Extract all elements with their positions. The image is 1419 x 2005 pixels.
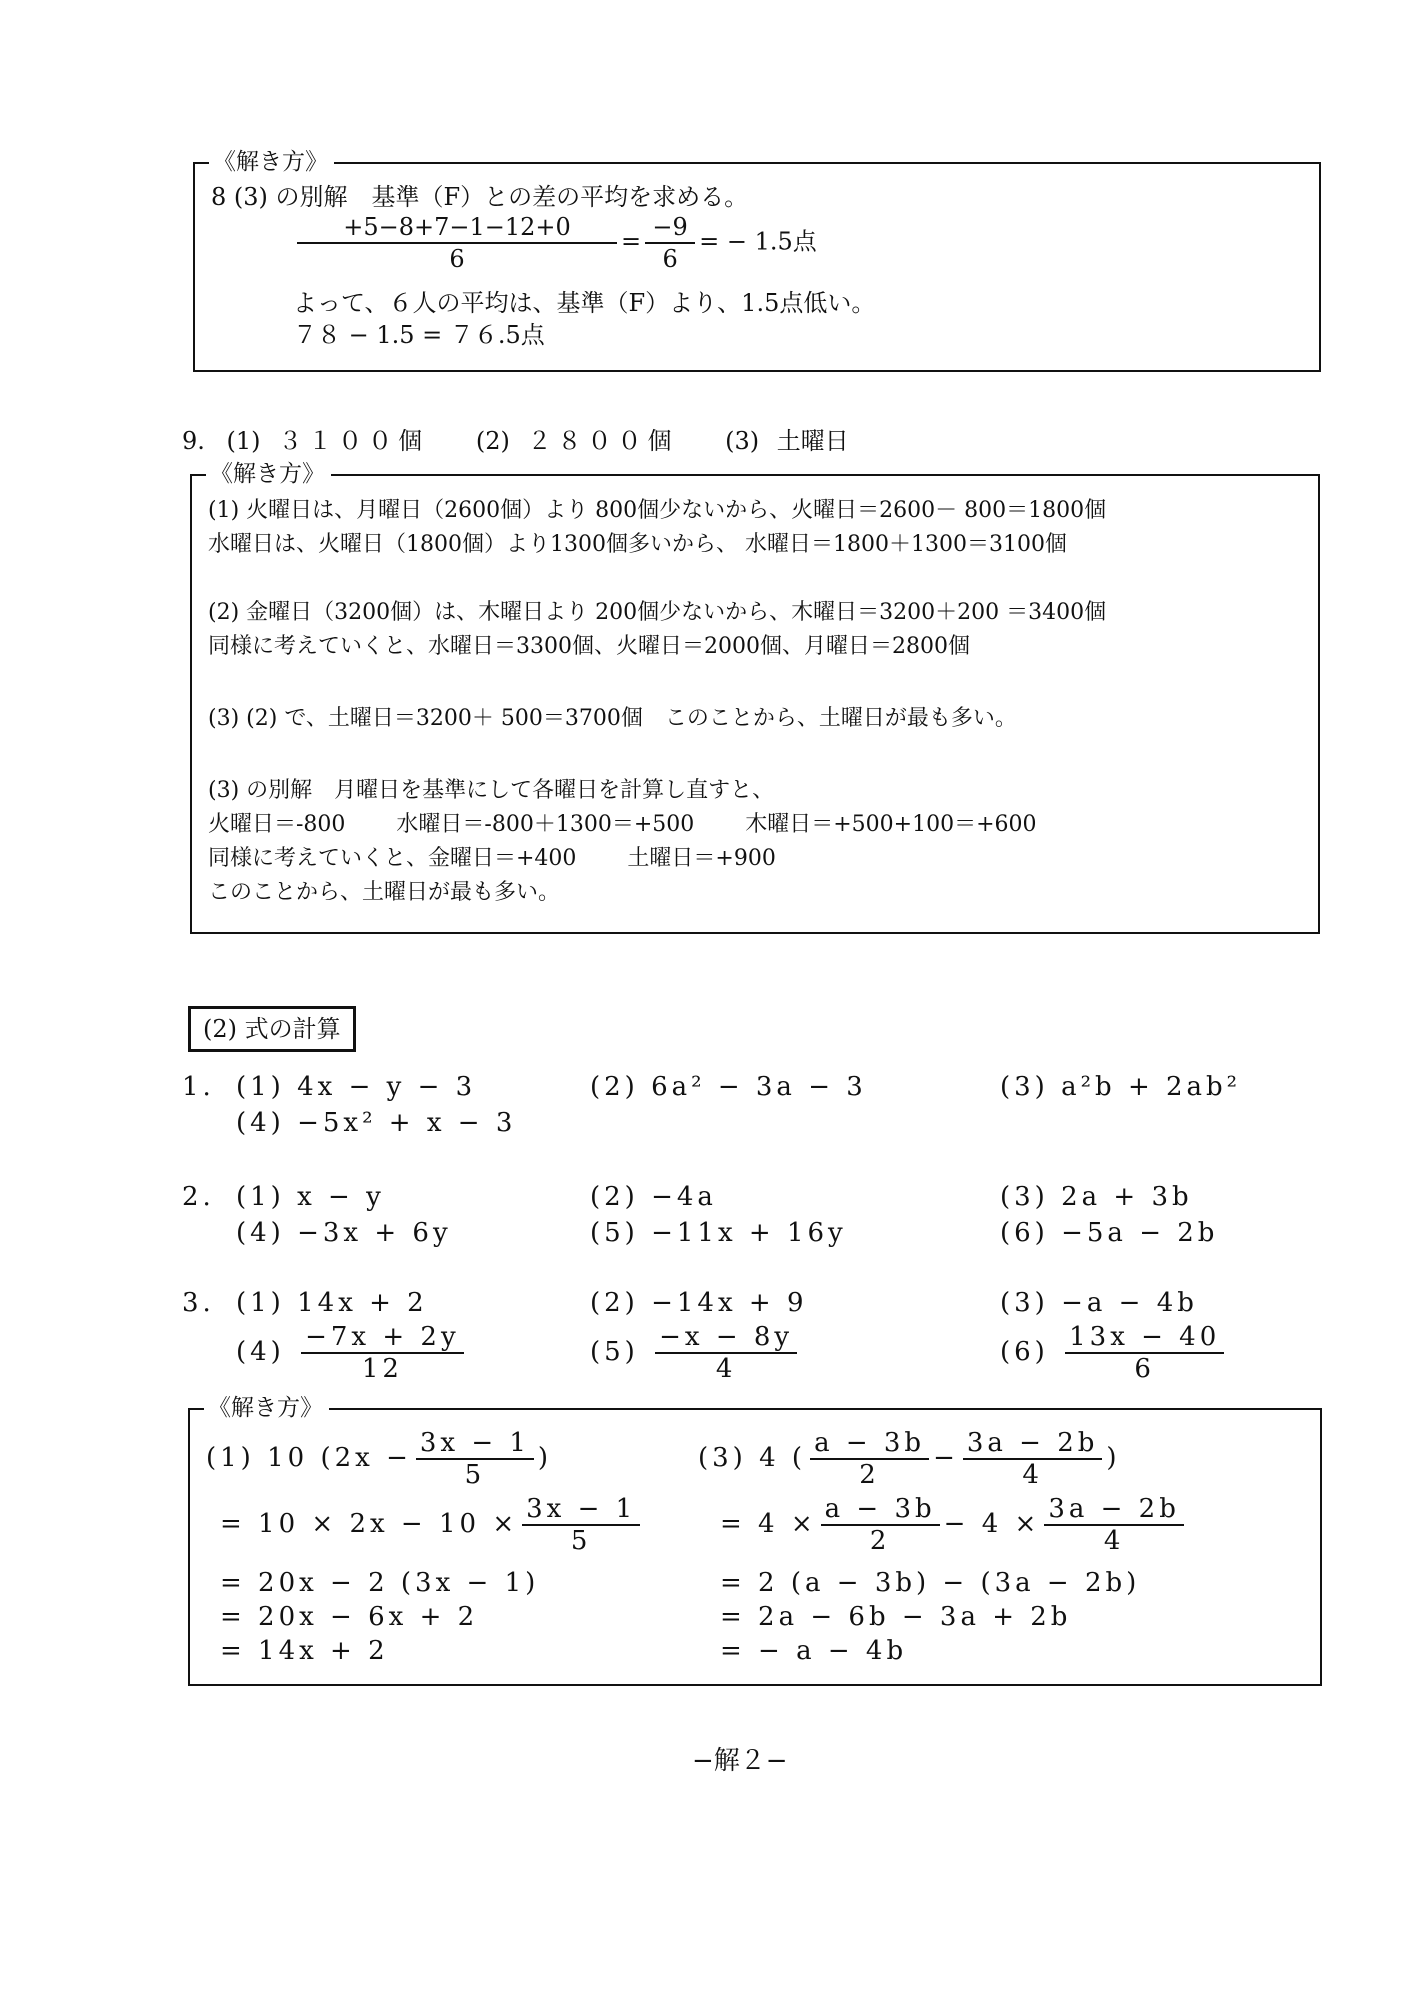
- fraction: −7x + 2y12: [301, 1322, 464, 1384]
- fraction: 3x − 15: [416, 1428, 534, 1490]
- right-solution-step4: = − a − 4b: [720, 1636, 907, 1666]
- question-number: 3.: [182, 1288, 215, 1318]
- right-solution-step3: = 2a − 6b − 3a + 2b: [720, 1602, 1071, 1632]
- right-solution-start: (3) 4 (a − 3b2−3a − 2b4): [698, 1428, 1121, 1490]
- solution-legend: 《解き方》: [206, 459, 331, 489]
- left-solution-step2: = 20x − 2 (3x − 1): [220, 1568, 539, 1598]
- solution-line: (3) (2) で、土曜日＝3200＋ 500＝3700個 このことから、土曜日…: [208, 704, 1017, 734]
- final-calculation: ７８ − 1.5 = ７６.5点: [293, 320, 545, 350]
- solution-line: (2) 金曜日（3200個）は、木曜日より 200個少ないから、木曜日＝3200…: [208, 598, 1106, 628]
- answer-3-6: (6) 13x − 406: [1000, 1322, 1228, 1384]
- fraction: +5−8+7−1−12+0 6: [297, 212, 617, 274]
- fraction: 3a − 2b4: [963, 1428, 1103, 1490]
- answer-1-2: (2) 6a² − 3a − 3: [590, 1072, 867, 1102]
- solution-line: 同様に考えていくと、水曜日＝3300個、火曜日＝2000個、月曜日＝2800個: [208, 632, 970, 662]
- section-heading: (2) 式の計算: [188, 1006, 356, 1052]
- answer-1-3: (3) a²b + 2ab²: [1000, 1072, 1241, 1102]
- answer-2-2: (2) −4a: [590, 1182, 717, 1212]
- answer-3-2: (2) −14x + 9: [590, 1288, 808, 1318]
- solution-line: (1) 火曜日は、月曜日（2600個）より 800個少ないから、火曜日＝2600…: [208, 496, 1106, 526]
- solution-legend: 《解き方》: [209, 147, 334, 177]
- fraction: a − 3b2: [810, 1428, 929, 1490]
- answer-3-3: (3) −a − 4b: [1000, 1288, 1198, 1318]
- fraction: 13x − 406: [1065, 1322, 1224, 1384]
- solution-line: 同様に考えていくと、金曜日＝+400 土曜日＝+900: [208, 844, 776, 874]
- fraction: −x − 8y4: [655, 1322, 797, 1384]
- answer-3-1: (1) 14x + 2: [236, 1288, 428, 1318]
- q9-answers: 9. (1) ３１００個 (2) ２８００個 (3) 土曜日: [182, 426, 849, 456]
- solution-box-8: 《解き方》 8 (3) の別解 基準（F）との差の平均を求める。 +5−8+7−…: [193, 162, 1321, 372]
- answer-2-3: (3) 2a + 3b: [1000, 1182, 1193, 1212]
- question-number: 2.: [182, 1182, 215, 1212]
- left-solution-step3: = 20x − 6x + 2: [220, 1602, 478, 1632]
- solution-line: (3) の別解 月曜日を基準にして各曜日を計算し直すと、: [208, 776, 774, 806]
- question-number: 9.: [182, 427, 205, 455]
- left-solution-step4: = 14x + 2: [220, 1636, 389, 1666]
- answer-2-5: (5) −11x + 16y: [590, 1218, 847, 1248]
- answer-1-4: (4) −5x² + x − 3: [236, 1108, 516, 1138]
- fraction: 3a − 2b4: [1044, 1494, 1184, 1556]
- page-number: −解２−: [692, 1740, 788, 1777]
- left-solution-step1: = 10 × 2x − 10 ×3x − 15: [220, 1494, 644, 1556]
- solution-heading: 8 (3) の別解 基準（F）との差の平均を求める。: [211, 182, 748, 212]
- solution-box-3: 《解き方》 (1) 10 (2x −3x − 15) = 10 × 2x − 1…: [188, 1408, 1322, 1686]
- fraction: a − 3b2: [821, 1494, 940, 1556]
- left-solution-start: (1) 10 (2x −3x − 15): [206, 1428, 552, 1490]
- question-number: 1.: [182, 1072, 215, 1102]
- answer-2-4: (4) −3x + 6y: [236, 1218, 452, 1248]
- answer-3-4: (4) −7x + 2y12: [236, 1322, 468, 1384]
- solution-line: このことから、土曜日が最も多い。: [208, 878, 560, 908]
- answer-3-5: (5) −x − 8y4: [590, 1322, 801, 1384]
- solution-line: 水曜日は、火曜日（1800個）より1300個多いから、 水曜日＝1800＋130…: [208, 530, 1067, 560]
- answer-2-6: (6) −5a − 2b: [1000, 1218, 1218, 1248]
- answer-1-1: (1) 4x − y − 3: [236, 1072, 476, 1102]
- solution-line: 火曜日＝-800 水曜日＝-800＋1300＝+500 木曜日＝+500+100…: [208, 810, 1037, 840]
- fraction: −9 6: [645, 212, 695, 274]
- answer-2-1: (1) x − y: [236, 1182, 385, 1212]
- conclusion-line: よって、６人の平均は、基準（F）より、1.5点低い。: [293, 288, 875, 318]
- right-solution-step1: = 4 ×a − 3b2− 4 ×3a − 2b4: [720, 1494, 1188, 1556]
- solution-box-9: 《解き方》 (1) 火曜日は、月曜日（2600個）より 800個少ないから、火曜…: [190, 474, 1320, 934]
- fraction: 3x − 15: [522, 1494, 640, 1556]
- solution-legend: 《解き方》: [204, 1393, 329, 1423]
- average-difference-equation: +5−8+7−1−12+0 6 = −9 6 = − 1.5点: [293, 212, 817, 274]
- right-solution-step2: = 2 (a − 3b) − (3a − 2b): [720, 1568, 1140, 1598]
